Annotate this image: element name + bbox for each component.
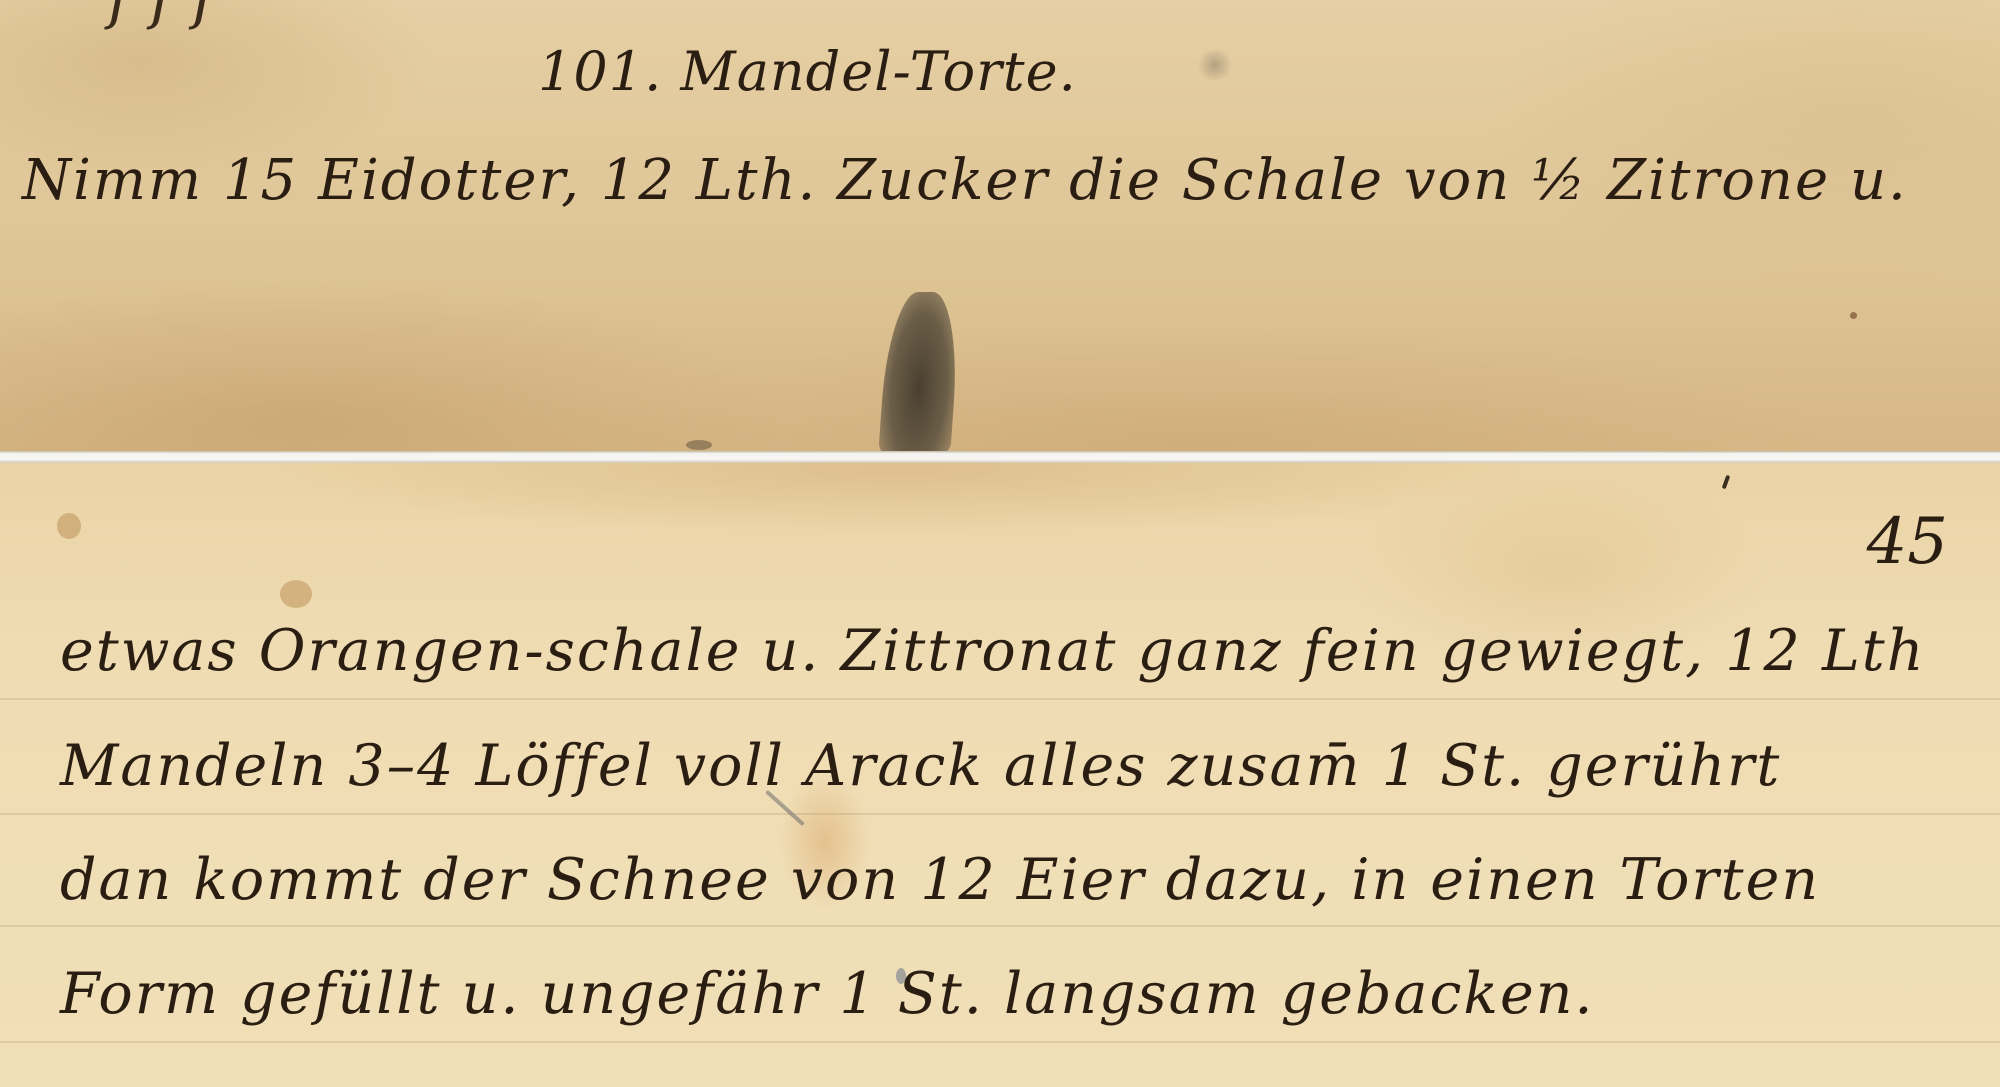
cropped-previous-line: ſſſ — [108, 0, 235, 32]
ruled-line — [0, 1041, 2000, 1043]
ruled-line — [0, 925, 2000, 927]
recipe-line-2: etwas Orangen-schale u. Zittronat ganz f… — [60, 618, 1925, 684]
manuscript-scan: ſſſ 101. Mandel-Torte. Nimm 15 Eidotter,… — [0, 0, 2000, 1087]
stain-spot — [57, 513, 81, 539]
blue-ink-speck — [896, 968, 906, 984]
page-number: 45 — [1867, 505, 1948, 579]
upper-page-fragment: ſſſ 101. Mandel-Torte. Nimm 15 Eidotter,… — [0, 0, 2000, 451]
ruled-line — [0, 813, 2000, 815]
recipe-line-5: Form gefüllt u. ungefähr 1 St. langsam g… — [60, 961, 1595, 1027]
paper-spot — [1850, 312, 1857, 319]
ink-smudge — [1195, 50, 1235, 80]
recipe-line-3: Mandeln 3–4 Löffel voll Arack alles zusa… — [60, 733, 1781, 799]
recipe-title: 101. Mandel-Torte. — [538, 40, 1077, 103]
ink-speckle — [686, 440, 712, 450]
recipe-line-4: dan kommt der Schnee von 12 Eier dazu, i… — [60, 847, 1820, 913]
recipe-line-1: Nimm 15 Eidotter, 12 Lth. Zucker die Sch… — [22, 148, 1908, 213]
ink-blot-stain — [878, 292, 961, 451]
ruled-line — [0, 698, 2000, 700]
page-divider — [0, 451, 2000, 463]
lower-page-45: 45 etwas Orangen-schale u. Zittronat gan… — [0, 463, 2000, 1087]
stain-spot — [280, 580, 312, 608]
